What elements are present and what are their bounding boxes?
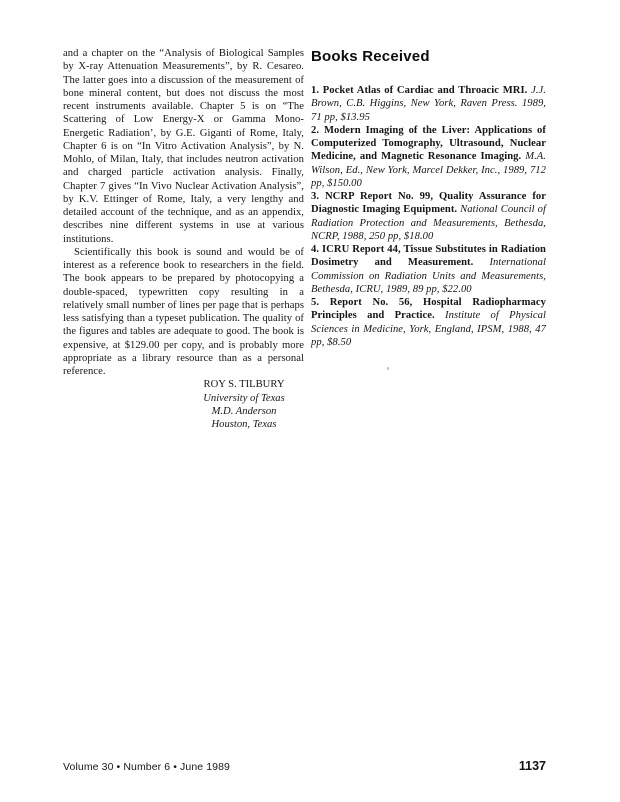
book-entry-1-title: 1. Pocket Atlas of Cardiac and Throacic … xyxy=(311,85,527,96)
book-entry-2: 2. Modern Imaging of the Liver: Applicat… xyxy=(311,124,546,190)
volume-number-date: Volume 30 • Number 6 • June 1989 xyxy=(63,761,230,773)
book-entry-4: 4. ICRU Report 44, Tissue Substitutes in… xyxy=(311,243,546,296)
reviewer-affiliation-2: M.D. Anderson xyxy=(184,405,304,418)
reviewer-affiliation-3: Houston, Texas xyxy=(184,418,304,431)
review-paragraph-1: and a chapter on the “Analysis of Biolog… xyxy=(63,47,304,246)
books-received-column: Books Received 1. Pocket Atlas of Cardia… xyxy=(311,49,546,349)
book-review-column: and a chapter on the “Analysis of Biolog… xyxy=(63,47,304,431)
book-entry-3: 3. NCRP Report No. 99, Quality Assurance… xyxy=(311,190,546,243)
books-received-heading: Books Received xyxy=(311,49,546,65)
reviewer-affiliation-1: University of Texas xyxy=(184,392,304,405)
journal-page: and a chapter on the “Analysis of Biolog… xyxy=(0,0,620,802)
book-entry-1: 1. Pocket Atlas of Cardiac and Throacic … xyxy=(311,84,546,124)
book-entry-5: 5. Report No. 56, Hospital Radiopharmacy… xyxy=(311,296,546,349)
reviewer-signature-block: ROY S. TILBURY University of Texas M.D. … xyxy=(184,378,304,431)
page-footer: Volume 30 • Number 6 • June 1989 1137 xyxy=(63,759,546,773)
book-entry-2-title: 2. Modern Imaging of the Liver: Applicat… xyxy=(311,125,546,163)
reviewer-name: ROY S. TILBURY xyxy=(184,378,304,391)
review-paragraph-2: Scientifically this book is sound and wo… xyxy=(63,246,304,379)
page-number: 1137 xyxy=(519,759,546,773)
scan-artifact-dot xyxy=(387,367,389,370)
